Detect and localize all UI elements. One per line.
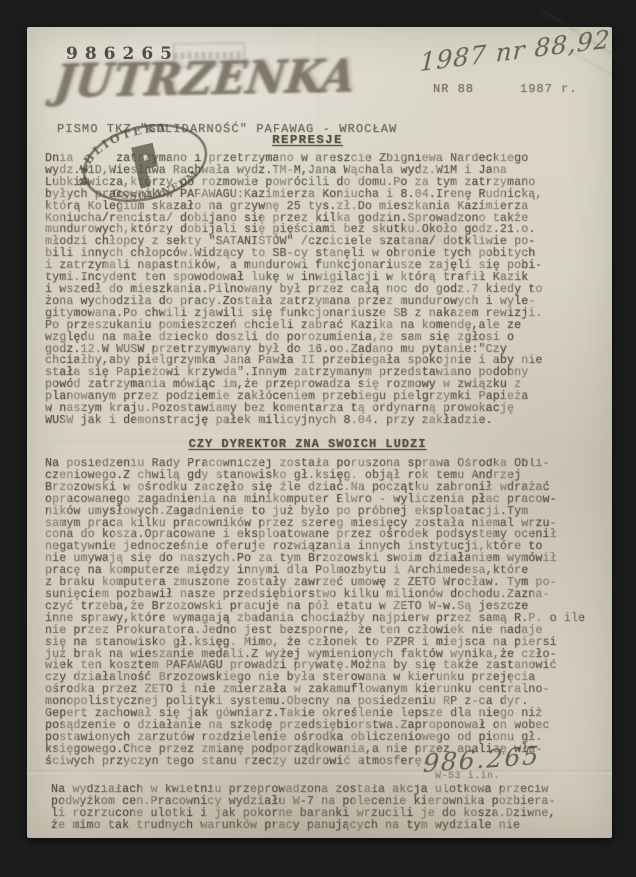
article-body: Na wydziałach w kwietniu przeprowadzona … — [51, 784, 556, 832]
handwritten-note-top-right: 1987 nr 88,92 — [419, 22, 629, 77]
author-signature: W-53 i.in. — [435, 771, 500, 782]
article-body: Dnia zatrzymano i przetrzymano w areszci… — [45, 153, 543, 427]
issue-year: 1987 r. — [520, 82, 577, 96]
scan-background: { "page": { "accession_number": "986265"… — [0, 0, 636, 877]
issue-number: NR 88 — [433, 82, 474, 96]
article-title: CZY DYREKTOR ZNA SWOICH LUDZI — [27, 437, 588, 451]
article-body: Na posiedzeniu Rady Pracowniczej została… — [45, 458, 585, 768]
scanned-page: 986265 JUTRZENKA 1987 nr 88,92 NR 88 198… — [27, 27, 612, 838]
article-title: REPRESJE — [27, 133, 588, 147]
